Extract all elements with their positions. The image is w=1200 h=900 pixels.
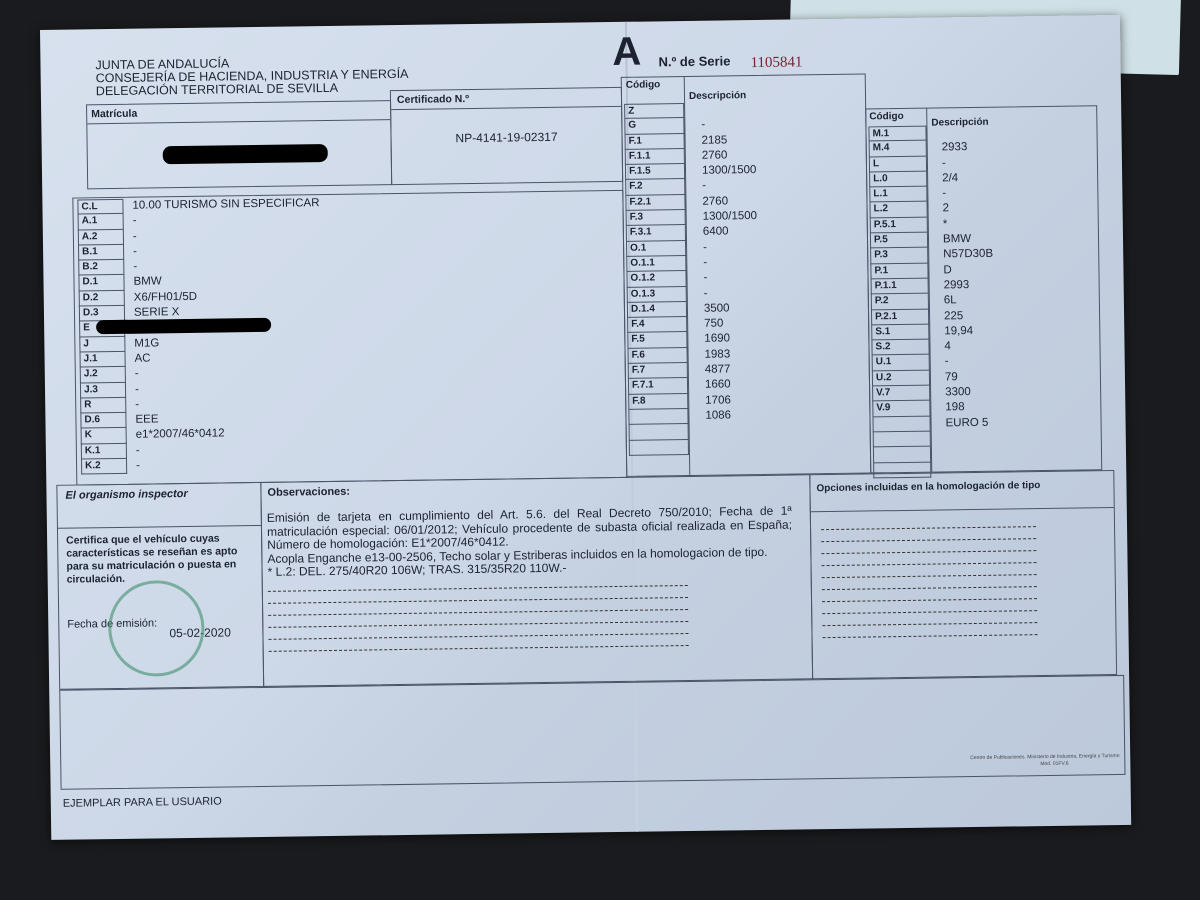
- serie-number: 1105841: [750, 54, 802, 72]
- field-value: 19,94: [944, 324, 994, 340]
- serie-label: N.º de Serie: [658, 53, 730, 69]
- middle-desc-header: Descripción: [689, 90, 746, 102]
- field-code: A.2: [78, 229, 124, 245]
- field-value: 225: [944, 308, 994, 324]
- inspector-label: El organismo inspector: [57, 483, 261, 529]
- field-code: F.1: [625, 134, 685, 150]
- field-code: O.1.1: [626, 256, 686, 272]
- issuer-header: JUNTA DE ANDALUCÍA CONSEJERÍA DE HACIEND…: [95, 55, 408, 98]
- field-code: G: [624, 118, 684, 134]
- field-code: V.7: [872, 386, 930, 402]
- field-code: F.6: [628, 348, 688, 364]
- field-code: B.1: [78, 245, 124, 261]
- field-value: -: [136, 456, 323, 474]
- field-value: 198: [945, 400, 995, 416]
- field-code: L.1: [869, 187, 927, 203]
- field-value: [706, 439, 761, 455]
- options-box: Opciones incluidas en la homologación de…: [809, 470, 1117, 679]
- field-code: F.2.1: [625, 195, 685, 211]
- field-value: 4877: [705, 362, 760, 378]
- field-code: O.1: [626, 241, 686, 257]
- field-value: -: [945, 354, 995, 370]
- field-code: [629, 440, 689, 456]
- field-value: 4: [944, 339, 994, 355]
- field-value: 2: [942, 201, 992, 217]
- field-code: B.2: [78, 260, 124, 276]
- field-code: R: [80, 398, 126, 414]
- certificado-label: Certificado N.º: [391, 88, 621, 110]
- field-code: F.4: [627, 317, 687, 333]
- field-value: 2933: [942, 140, 992, 156]
- field-code: U.2: [872, 370, 930, 386]
- field-code: O.1.3: [627, 287, 687, 303]
- field-code: F.1.5: [625, 164, 685, 180]
- field-value: -: [703, 270, 758, 286]
- matricula-box: Matrícula: [86, 100, 392, 189]
- matricula-redacted: [163, 144, 328, 164]
- options-label: Opciones incluidas en la homologación de…: [810, 471, 1113, 512]
- issuer-line-3: DELEGACIÓN TERRITORIAL DE SEVILLA: [96, 81, 409, 98]
- field-code: P.5.1: [870, 217, 928, 233]
- field-code: M.4: [869, 141, 927, 157]
- field-value: [946, 431, 996, 447]
- field-value: -: [704, 286, 759, 302]
- field-value: -: [703, 240, 758, 256]
- observations-text: Emisión de tarjeta en cumplimiento del A…: [267, 505, 794, 652]
- field-value: -: [942, 186, 992, 202]
- field-value: 2/4: [942, 171, 992, 187]
- field-code: [872, 416, 930, 432]
- field-code: A.1: [78, 214, 124, 230]
- field-code: P.1.1: [871, 279, 929, 295]
- field-code: J.1: [80, 352, 126, 368]
- field-value: [941, 125, 991, 141]
- field-code: M.1: [868, 126, 926, 142]
- field-value: 2993: [944, 278, 994, 294]
- field-code: F.5: [627, 332, 687, 348]
- field-code: J.3: [80, 382, 126, 398]
- certificado-number: NP-4141-19-02317: [391, 129, 621, 146]
- field-value: 2185: [702, 133, 757, 149]
- field-code: D.2: [79, 291, 125, 307]
- field-value: 2760: [702, 194, 757, 210]
- field-value: [701, 102, 756, 118]
- field-value: 1706: [705, 393, 760, 409]
- field-value: [706, 423, 761, 439]
- field-code: L.2: [869, 202, 927, 218]
- field-value: 6L: [944, 293, 994, 309]
- field-code: [629, 424, 689, 440]
- field-code: J: [79, 337, 125, 353]
- middle-code-header: Código: [626, 79, 661, 90]
- field-value: 3500: [704, 301, 759, 317]
- field-code: [873, 432, 931, 448]
- field-code: V.9: [872, 401, 930, 417]
- field-code: K.2: [81, 459, 127, 475]
- field-code: S.1: [871, 324, 929, 340]
- copy-label: EJEMPLAR PARA EL USUARIO: [63, 796, 222, 810]
- certificado-box: Certificado N.º NP-4141-19-02317: [390, 87, 623, 185]
- field-code: [628, 409, 688, 425]
- field-code: D.1.4: [627, 302, 687, 318]
- field-code: L.0: [869, 172, 927, 188]
- field-value: -: [703, 255, 758, 271]
- field-value: 1660: [705, 377, 760, 393]
- field-code: Z: [624, 103, 684, 119]
- field-value: 1300/1500: [702, 163, 757, 179]
- field-value: 2760: [702, 148, 757, 164]
- matricula-label: Matrícula: [87, 101, 390, 124]
- field-value: D: [943, 262, 993, 278]
- field-value: -: [702, 178, 757, 194]
- technical-inspection-card: JUNTA DE ANDALUCÍA CONSEJERÍA DE HACIEND…: [40, 15, 1131, 840]
- field-value: 750: [704, 316, 759, 332]
- vin-redacted: [96, 318, 271, 334]
- field-value: -: [701, 117, 756, 133]
- field-code: F.1.1: [625, 149, 685, 165]
- field-value: -: [942, 155, 992, 171]
- field-code: D.6: [80, 413, 126, 429]
- field-code: K.1: [81, 444, 127, 460]
- field-value: N57D30B: [943, 247, 993, 263]
- field-code: D.1: [78, 275, 124, 291]
- field-value: BMW: [943, 232, 993, 248]
- field-code: P.5: [870, 233, 928, 249]
- field-code: F.3.1: [626, 225, 686, 241]
- field-value: 3300: [945, 385, 995, 401]
- field-code: F.3: [626, 210, 686, 226]
- field-value: 1690: [704, 331, 759, 347]
- field-value: *: [943, 216, 993, 232]
- right-code-header: Código: [869, 111, 904, 122]
- field-code: O.1.2: [626, 271, 686, 287]
- field-code: F.8: [628, 394, 688, 410]
- field-code: F.7: [628, 363, 688, 379]
- field-code: U.1: [872, 355, 930, 371]
- field-value: 1983: [704, 347, 759, 363]
- model-text: Mod. 01FV.6: [1040, 761, 1068, 767]
- field-code: P.1: [870, 263, 928, 279]
- field-value: EURO 5: [945, 415, 995, 431]
- field-code: S.2: [871, 340, 929, 356]
- form-letter: A: [612, 30, 642, 75]
- field-code: P.2.1: [871, 309, 929, 325]
- field-code: J.2: [80, 367, 126, 383]
- field-value: 79: [945, 369, 995, 385]
- field-code: K: [81, 428, 127, 444]
- field-value: 1086: [705, 408, 760, 424]
- field-code: P.2: [871, 294, 929, 310]
- field-code: C.L: [77, 199, 123, 215]
- field-value: [946, 446, 996, 462]
- field-code: P.3: [870, 248, 928, 264]
- field-code: F.2: [625, 179, 685, 195]
- field-value: 1300/1500: [703, 209, 758, 225]
- field-code: F.7.1: [628, 378, 688, 394]
- field-code: L: [869, 156, 927, 172]
- field-value: 6400: [703, 224, 758, 240]
- field-code: [873, 447, 931, 463]
- bottom-box: [59, 675, 1125, 790]
